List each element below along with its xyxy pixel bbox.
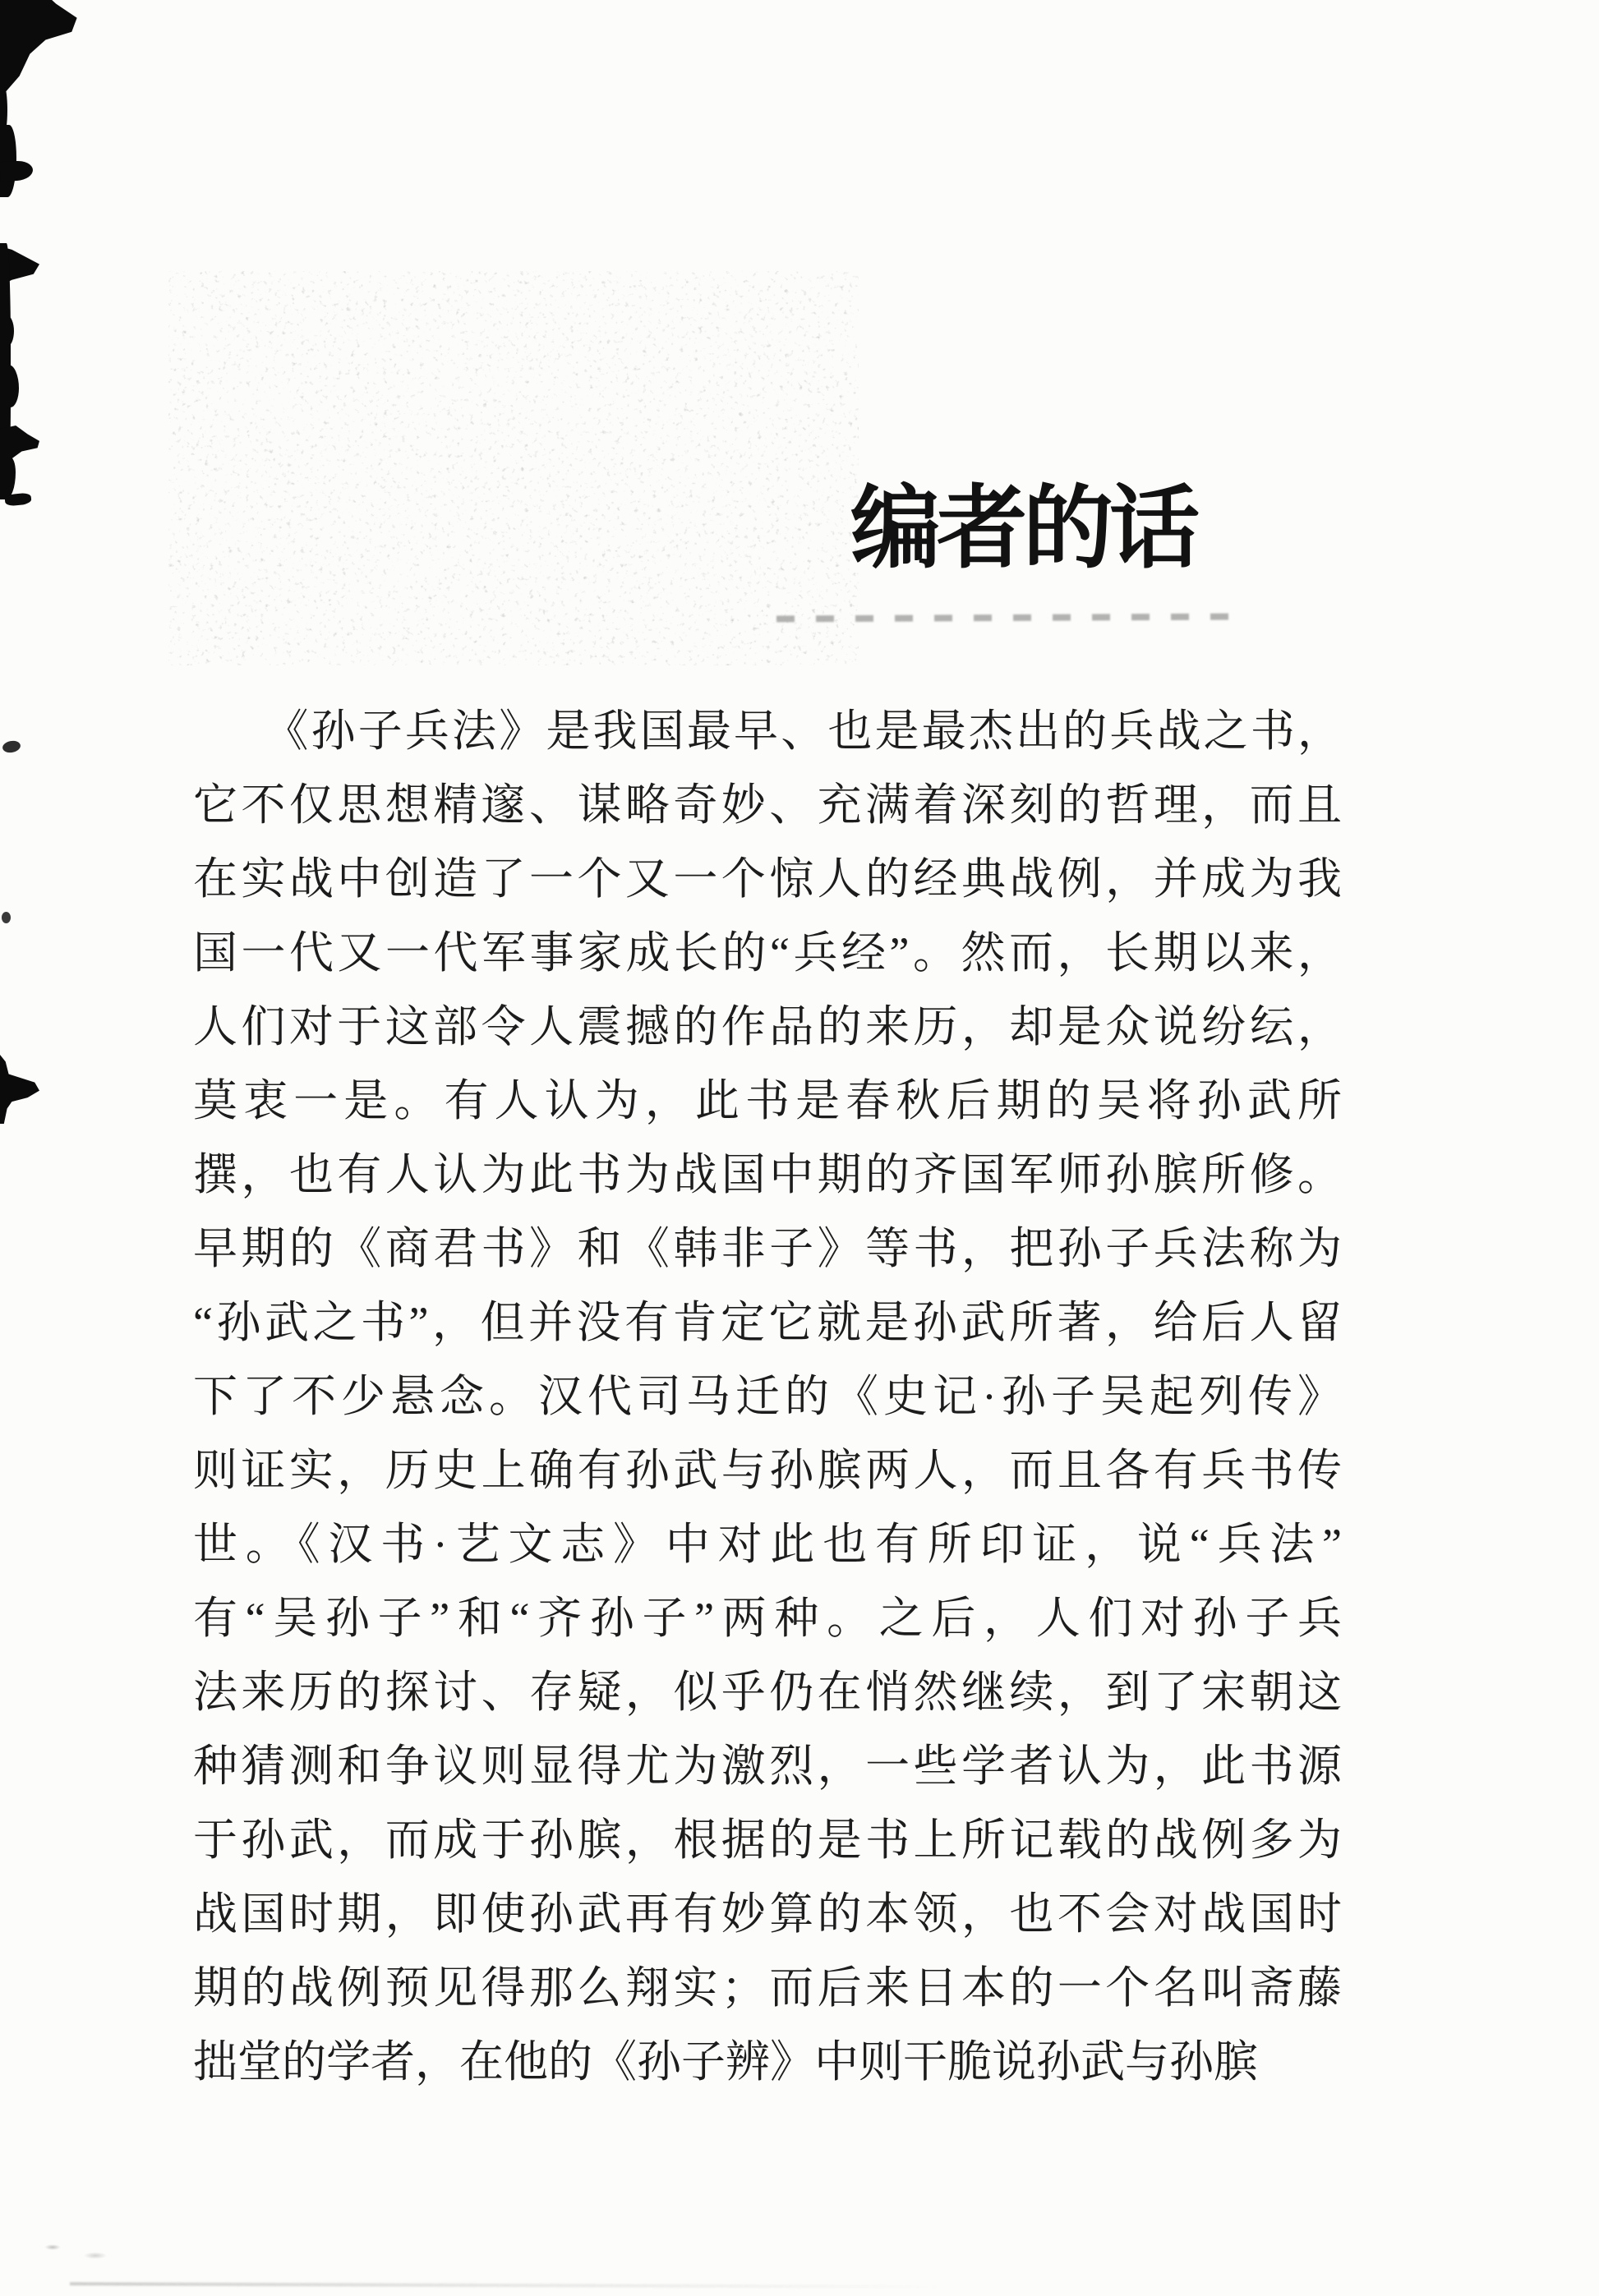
- text-line: 法来历的探讨、存疑，似乎仍在悄然继续，到了宋朝这: [193, 1655, 1342, 1729]
- binding-mark-dash: [2, 739, 21, 754]
- binding-mark-bump: [0, 315, 14, 347]
- text-line: “孙武之书”，但并没有肯定它就是孙武所著，给后人留: [193, 1286, 1342, 1360]
- text-line: 于孙武，而成于孙膑，根据的是书上所记载的战例多为: [193, 1803, 1342, 1877]
- scanned-book-page: 编者的话 《孙子兵法》是我国最早、也是最杰出的兵战之书， 它不仅思想精邃、谋略奇…: [0, 0, 1599, 2296]
- binding-mark-wing: [0, 426, 39, 460]
- text-line: 《孙子兵法》是我国最早、也是最杰出的兵战之书，: [193, 694, 1342, 768]
- text-line: 战国时期，即使孙武再有妙算的本领，也不会对战国时: [193, 1877, 1342, 1951]
- binding-mark-tail: [0, 457, 16, 499]
- binding-mark-wing: [0, 160, 34, 182]
- title-underline-smudge: [776, 614, 1238, 623]
- scan-streak-bottom: [70, 2282, 941, 2289]
- text-line: 期的战例预见得那么翔实；而后来日本的一个名叫斋藤: [193, 1951, 1342, 2025]
- text-line: 它不仅思想精邃、谋略奇妙、充满着深刻的哲理，而且: [193, 768, 1342, 842]
- binding-mark-pointed: [0, 1055, 39, 1124]
- scan-smudge-bottom-left: [21, 2236, 127, 2264]
- binding-mark-dot: [2, 912, 11, 923]
- text-line: 人们对于这部令人震撼的作品的来历，却是众说纷纭，: [193, 990, 1342, 1064]
- preface-paragraph: 《孙子兵法》是我国最早、也是最杰出的兵战之书， 它不仅思想精邃、谋略奇妙、充满着…: [193, 694, 1342, 2099]
- text-line: 种猜测和争议则显得尤为激烈，一些学者认为，此书源: [193, 1729, 1342, 1803]
- page-title: 编者的话: [850, 479, 1196, 578]
- text-line: 在实战中创造了一个又一个惊人的经典战例，并成为我: [193, 842, 1342, 916]
- scan-smudge-noise: [168, 271, 859, 665]
- text-line: 撰，也有人认为此书为战国中期的齐国军师孙膑所修。: [193, 1138, 1342, 1212]
- text-line: 国一代又一代军事家成长的“兵经”。然而，长期以来，: [193, 916, 1342, 990]
- text-line: 则证实，历史上确有孙武与孙膑两人，而且各有兵书传: [193, 1433, 1342, 1507]
- text-line: 世。《汉书·艺文志》中对此也有所印证，说“兵法”: [193, 1507, 1342, 1581]
- text-line: 有“吴孙子”和“齐孙子”两种。之后，人们对孙子兵: [193, 1581, 1342, 1655]
- text-line: 莫衷一是。有人认为，此书是春秋后期的吴将孙武所: [193, 1064, 1342, 1138]
- text-line: 拙堂的学者，在他的《孙子辨》中则干脆说孙武与孙膑: [193, 2025, 1342, 2099]
- text-line: 早期的《商君书》和《韩非子》等书，把孙子兵法称为: [193, 1212, 1342, 1286]
- binding-mark-dash: [4, 492, 31, 506]
- binding-mark-blob: [0, 365, 19, 407]
- text-line: 下了不少悬念。汉代司马迁的《史记·孙子吴起列传》: [193, 1360, 1342, 1433]
- binding-mark-corner: [0, 0, 82, 92]
